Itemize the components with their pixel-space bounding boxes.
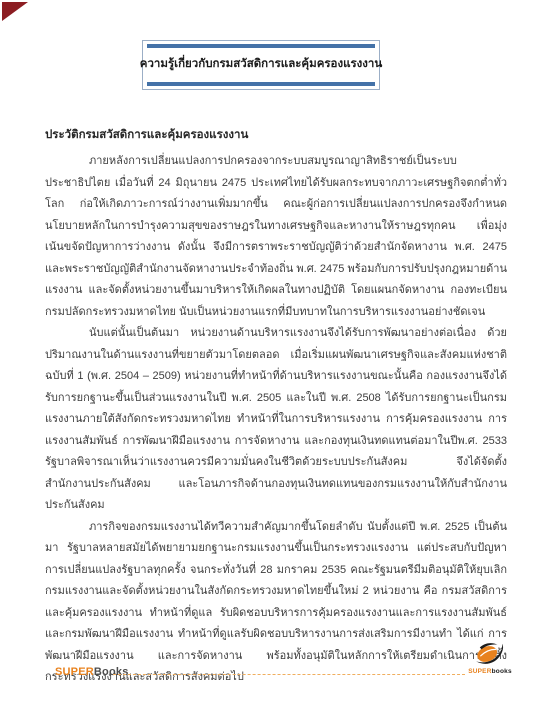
- title-box-top-rule: [147, 44, 375, 48]
- superbooks-logo: SUPERbooks: [466, 641, 514, 676]
- footer-dashed-rule: [113, 674, 465, 675]
- body-paragraph-1: ภายหลังการเปลี่ยนแปลงการปกครองจากระบบสมบ…: [45, 151, 507, 323]
- logo-text-books: books: [492, 668, 512, 675]
- document-title: ความรู้เกี่ยวกับกรมสวัสดิการและคุ้มครองแ…: [134, 58, 388, 72]
- title-box: ความรู้เกี่ยวกับกรมสวัสดิการและคุ้มครองแ…: [142, 40, 380, 90]
- footer-brand: SUPERBooks: [55, 666, 129, 678]
- footer-brand-books: Books: [94, 666, 129, 678]
- document-page: ความรู้เกี่ยวกับกรมสวัสดิการและคุ้มครองแ…: [0, 0, 545, 705]
- body-paragraph-3: ภารกิจของกรมแรงงานได้ทวีความสำคัญมากขึ้น…: [45, 517, 507, 689]
- document-body: ประวัติกรมสวัสดิการและคุ้มครองแรงงาน ภาย…: [45, 126, 507, 689]
- superbooks-logo-text: SUPERbooks: [466, 668, 514, 676]
- body-paragraph-2: นับแต่นั้นเป็นต้นมา หน่วยงานด้านบริหารแร…: [45, 323, 507, 517]
- section-heading: ประวัติกรมสวัสดิการและคุ้มครองแรงงาน: [45, 126, 507, 144]
- corner-triangle: [2, 2, 28, 21]
- title-box-bottom-rule: [147, 82, 375, 86]
- footer-brand-super: SUPER: [55, 666, 94, 678]
- logo-text-super: SUPER: [468, 668, 491, 675]
